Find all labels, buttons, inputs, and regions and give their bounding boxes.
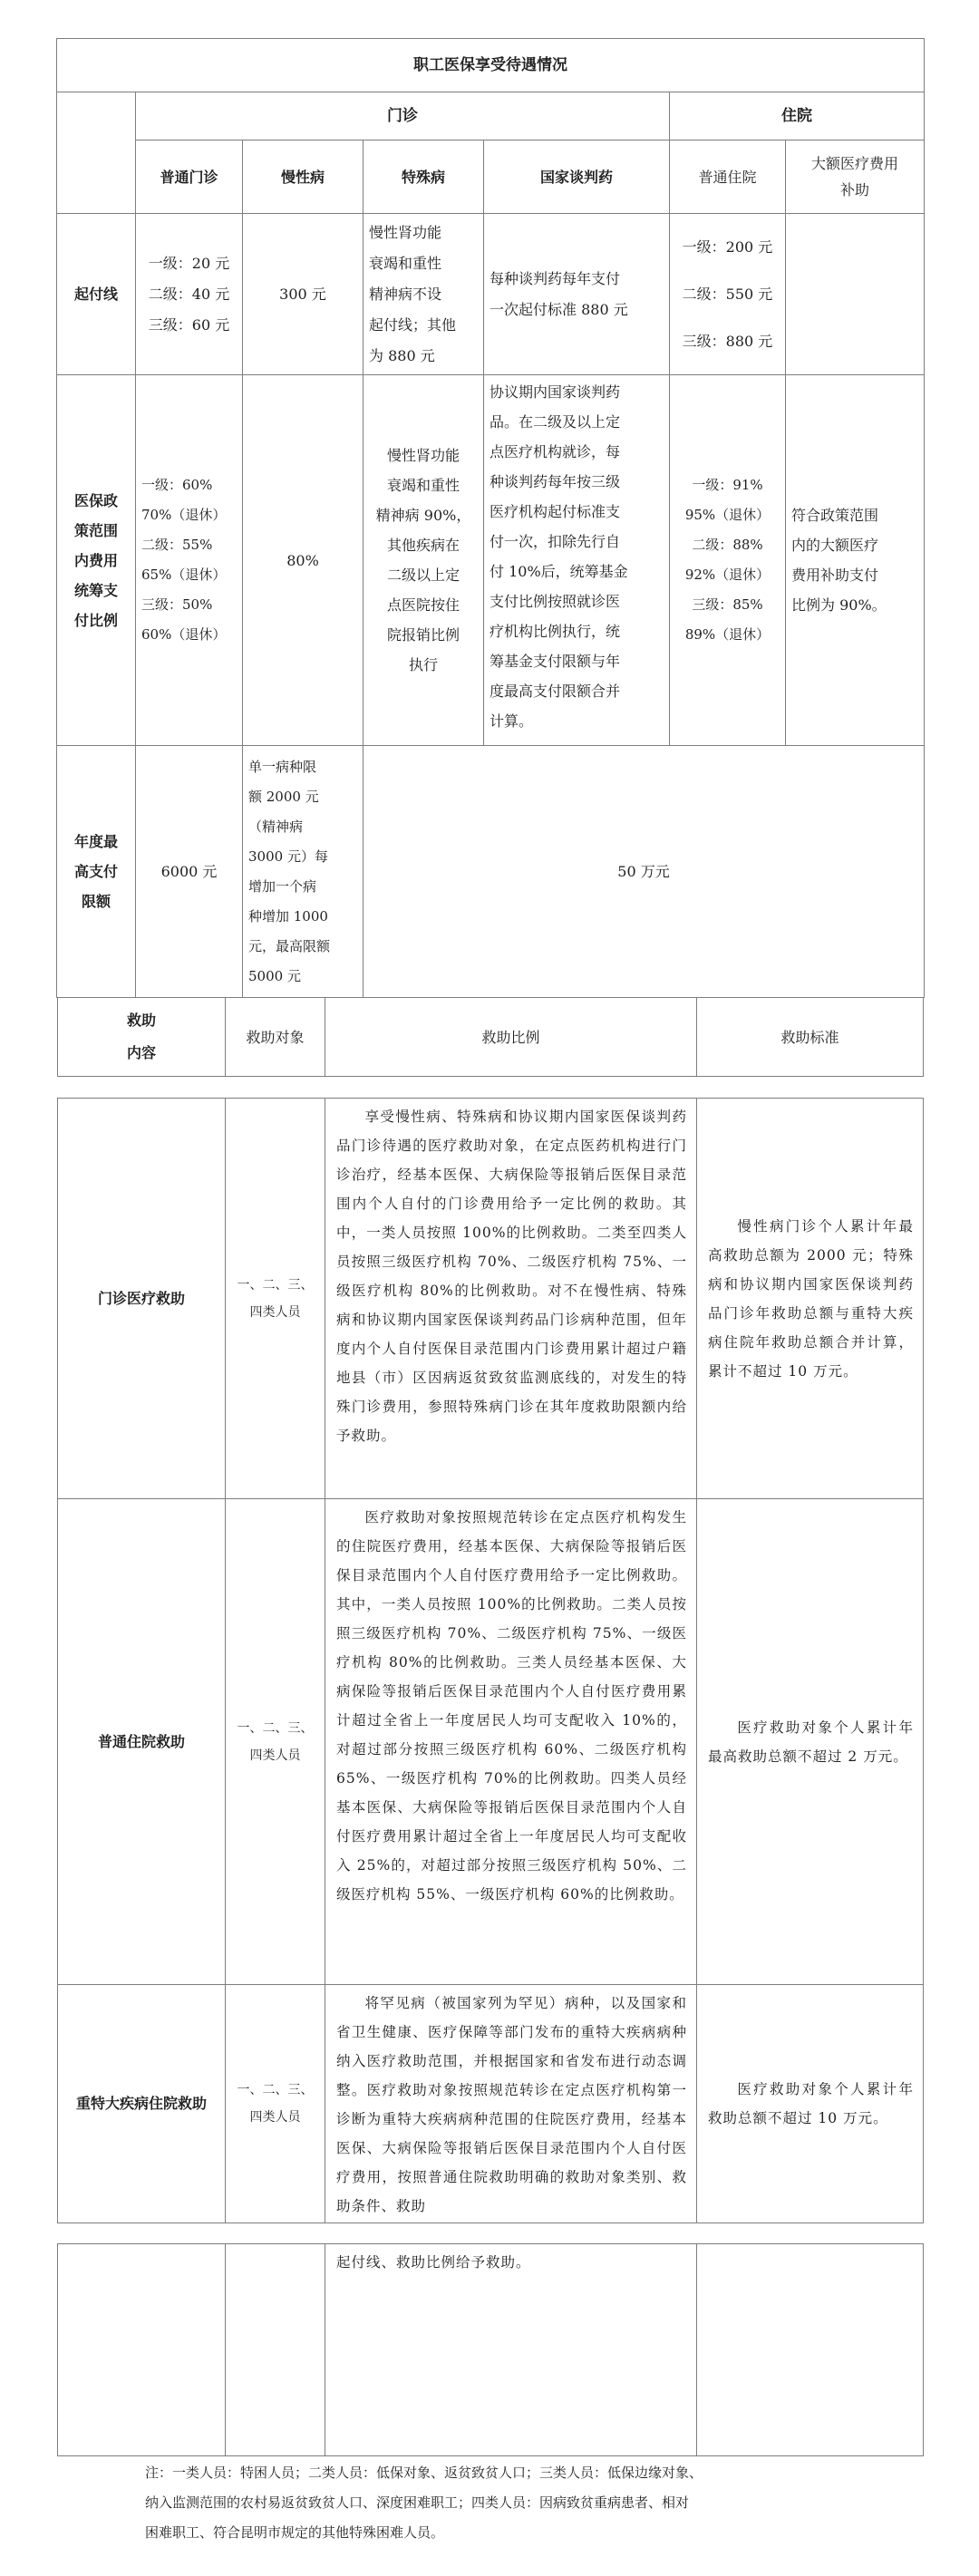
col-header-large-subsidy: 大额医疗费用 补助 (785, 140, 925, 214)
text-line: 院报销比例 (369, 620, 478, 650)
text-line: 单一病种限 (248, 752, 357, 782)
text-line: 三级：50% (141, 590, 237, 620)
text-line: 计算。 (489, 706, 664, 736)
text-line: 增加一个病 (248, 872, 357, 902)
text-line: 一、二、三、 (231, 2077, 319, 2104)
text-line: 符合政策范围 (791, 500, 918, 530)
text-line: 元，最高限额 (248, 932, 357, 962)
text-line: 限额 (63, 886, 130, 916)
assistance-target: 一、二、三、 四类人员 (225, 1098, 325, 1499)
text-line: 二级：40 元 (141, 279, 237, 310)
ratio-text: 医疗救助对象按照规范转诊在定点医疗机构发生的住院医疗费用，经基本医保、大病保险等… (336, 1509, 687, 1903)
text-line: 三级：60 元 (141, 310, 237, 341)
text-line: 付一次，扣除先行自 (489, 527, 664, 557)
text-line: 四类人员 (231, 1299, 319, 1326)
deductible-negotiated-drugs: 每种谈判药每年支付 一次起付标准 880 元 (483, 213, 670, 375)
header-ratio: 救助比例 (325, 997, 697, 1077)
group-header-inpatient: 住院 (669, 92, 925, 140)
assistance-target: 一、二、三、 四类人员 (225, 1984, 325, 2223)
text-line: 筹基金支付限额与年 (489, 646, 664, 676)
deductible-special: 慢性肾功能 衰竭和重性 精神病不设 起付线；其他 为 880 元 (363, 213, 484, 375)
assistance-ratio: 医疗救助对象按照规范转诊在定点医疗机构发生的住院医疗费用，经基本医保、大病保险等… (325, 1498, 697, 1985)
text-line: 四类人员 (231, 1742, 319, 1769)
text-line: 65%（退休） (141, 560, 237, 590)
text-line: 额 2000 元 (248, 782, 357, 812)
text-line: 一级：91% (675, 470, 780, 500)
annual-cap-rest: 50 万元 (363, 745, 925, 998)
text-line: 点医院按住 (369, 590, 478, 620)
text-line: 一级：60% (141, 470, 237, 500)
text-line: 3000 元）每 (248, 842, 357, 872)
deductible-general-outpatient: 一级：20 元 二级：40 元 三级：60 元 (135, 213, 243, 375)
benefits-table: 职工医保享受待遇情况 门诊 住院 普通门诊 慢性病 特殊病 国家谈判药 普通住院… (0, 0, 979, 998)
header-content: 救助 内容 (57, 997, 226, 1077)
col-header-large-subsidy-line2: 补助 (791, 177, 918, 203)
text-line: 策范围 (63, 516, 130, 546)
footnote-line: 纳入监测范围的农村易返贫致贫人口、深度困难职工；四类人员：因病致贫重病患者、相对 (145, 2488, 834, 2518)
text-line: 起付线；其他 (369, 310, 478, 341)
annual-cap-general-outpatient: 6000 元 (135, 745, 243, 998)
text-line: 四类人员 (231, 2104, 319, 2131)
text-line: 为 880 元 (369, 341, 478, 372)
text-line: 点医疗机构就诊，每 (489, 437, 664, 467)
continuation-ratio: 起付线、救助比例给予救助。 (325, 2243, 697, 2456)
group-header-outpatient: 门诊 (135, 92, 670, 140)
table-title: 职工医保享受待遇情况 (56, 38, 925, 92)
continuation-table: 起付线、救助比例给予救助。 (0, 2243, 979, 2457)
col-header-special: 特殊病 (363, 140, 484, 214)
continuation-name (57, 2243, 226, 2456)
standard-text: 慢性病门诊个人累计年最高救助总额为 2000 元；特殊病和协议期内国家医保谈判药… (708, 1218, 914, 1380)
assistance-header-table: 救助 内容 救助对象 救助比例 救助标准 (0, 997, 979, 1079)
text-line: 医疗机构起付标准支 (489, 497, 664, 527)
assistance-name: 普通住院救助 (57, 1498, 226, 1985)
text-line: 衰竭和重性 (369, 248, 478, 279)
assistance-standard: 医疗救助对象个人累计年最高救助总额不超过 2 万元。 (696, 1498, 924, 1985)
ratio-text: 起付线、救助比例给予救助。 (336, 2248, 687, 2277)
text-line: 统筹支 (63, 576, 130, 605)
text-line: （精神病 (248, 812, 357, 842)
text-line: 其他疾病在 (369, 530, 478, 560)
text-line: 精神病 90%， (369, 500, 478, 530)
col-header-general-inpatient: 普通住院 (669, 140, 786, 214)
text-line: 内费用 (63, 546, 130, 576)
header-standard: 救助标准 (696, 997, 924, 1077)
text-line: 每种谈判药每年支付 (489, 264, 664, 295)
text-line: 慢性肾功能 (369, 441, 478, 470)
assistance-standard: 慢性病门诊个人累计年最高救助总额为 2000 元；特殊病和协议期内国家医保谈判药… (696, 1098, 924, 1499)
text-line: 三级：880 元 (675, 318, 780, 365)
text-line: 衰竭和重性 (369, 470, 478, 500)
standard-text: 医疗救助对象个人累计年最高救助总额不超过 2 万元。 (708, 1719, 914, 1765)
text-line: 一、二、三、 (231, 1715, 319, 1742)
deductible-large-subsidy (785, 213, 925, 375)
standard-text: 医疗救助对象个人累计年救助总额不超过 10 万元。 (708, 2081, 914, 2126)
text-line: 费用补助支付 (791, 560, 918, 590)
assistance-name: 重特大疾病住院救助 (57, 1984, 226, 2223)
continuation-standard (696, 2243, 924, 2456)
text-line: 种谈判药每年按三级 (489, 467, 664, 497)
col-header-large-subsidy-line1: 大额医疗费用 (791, 150, 918, 177)
footnote: 注：一类人员：特困人员；二类人员：低保对象、返贫致贫人口；三类人员：低保边缘对象… (145, 2458, 834, 2548)
text-line: 执行 (369, 650, 478, 680)
text-line: 救助 (63, 1004, 219, 1037)
text-line: 内的大额医疗 (791, 530, 918, 560)
text-line: 比例为 90%。 (791, 590, 918, 620)
col-header-chronic: 慢性病 (242, 140, 363, 214)
text-line: 一次起付标准 880 元 (489, 295, 664, 325)
text-line: 高支付 (63, 857, 130, 886)
assistance-name: 门诊医疗救助 (57, 1098, 226, 1499)
text-line: 支付比例按照就诊医 (489, 586, 664, 616)
text-line: 付 10%后，统筹基金 (489, 557, 664, 586)
text-line: 精神病不设 (369, 279, 478, 310)
text-line: 重特大疾病住院救助 (67, 2087, 216, 2120)
text-line: 年度最 (63, 827, 130, 857)
ratio-text: 享受慢性病、特殊病和协议期内国家医保谈判药品门诊待遇的医疗救助对象，在定点医药机… (336, 1109, 687, 1444)
assistance-ratio: 将罕见病（被国家列为罕见）病种，以及国家和省卫生健康、医疗保障等部门发布的重特大… (325, 1984, 697, 2223)
text-line: 89%（退休） (675, 620, 780, 650)
text-line: 二级以上定 (369, 560, 478, 590)
text-line: 慢性肾功能 (369, 218, 478, 248)
text-line: 一级：200 元 (675, 224, 780, 271)
text-line: 一级：20 元 (141, 248, 237, 279)
header-target: 救助对象 (225, 997, 325, 1077)
text-line: 92%（退休） (675, 560, 780, 590)
reimbursement-chronic: 80% (242, 374, 363, 746)
text-line: 70%（退休） (141, 500, 237, 530)
text-line: 60%（退休） (141, 620, 237, 650)
assistance-table: 门诊医疗救助 一、二、三、 四类人员 享受慢性病、特殊病和协议期内国家医保谈判药… (0, 1098, 979, 2223)
row-label-reimbursement: 医保政 策范围 内费用 统筹支 付比例 (56, 374, 136, 746)
footnote-line: 困难职工、符合昆明市规定的其他特殊困难人员。 (145, 2518, 834, 2548)
row-label-deductible: 起付线 (56, 213, 136, 375)
text-line: 5000 元 (248, 962, 357, 992)
deductible-chronic: 300 元 (242, 213, 363, 375)
deductible-general-inpatient: 一级：200 元 二级：550 元 三级：880 元 (669, 213, 786, 375)
ratio-text: 将罕见病（被国家列为罕见）病种，以及国家和省卫生健康、医疗保障等部门发布的重特大… (336, 1995, 687, 2214)
reimbursement-negotiated-drugs: 协议期内国家谈判药 品。在二级及以上定 点医疗机构就诊，每 种谈判药每年按三级 … (483, 374, 670, 746)
text-line: 种增加 1000 (248, 902, 357, 932)
text-line: 疗机构比例执行，统 (489, 616, 664, 646)
text-line: 一、二、三、 (231, 1272, 319, 1299)
reimbursement-general-inpatient: 一级：91% 95%（退休） 二级：88% 92%（退休） 三级：85% 89%… (669, 374, 786, 746)
text-line: 三级：85% (675, 590, 780, 620)
assistance-standard: 医疗救助对象个人累计年救助总额不超过 10 万元。 (696, 1984, 924, 2223)
row-label-annual-cap: 年度最 高支付 限额 (56, 745, 136, 998)
col-header-general-outpatient: 普通门诊 (135, 140, 243, 214)
text-line: 95%（退休） (675, 500, 780, 530)
text-line: 二级：88% (675, 530, 780, 560)
text-line: 二级：55% (141, 530, 237, 560)
reimbursement-large-subsidy: 符合政策范围 内的大额医疗 费用补助支付 比例为 90%。 (785, 374, 925, 746)
col-header-negotiated-drugs: 国家谈判药 (483, 140, 670, 214)
reimbursement-special: 慢性肾功能 衰竭和重性 精神病 90%， 其他疾病在 二级以上定 点医院按住 院… (363, 374, 484, 746)
footnote-line: 注：一类人员：特困人员；二类人员：低保对象、返贫致贫人口；三类人员：低保边缘对象… (145, 2458, 834, 2488)
text-line: 内容 (63, 1037, 219, 1070)
text-line: 二级：550 元 (675, 271, 780, 318)
continuation-target (225, 2243, 325, 2456)
text-line: 协议期内国家谈判药 (489, 377, 664, 407)
annual-cap-chronic: 单一病种限 额 2000 元 （精神病 3000 元）每 增加一个病 种增加 1… (242, 745, 363, 998)
row-label-header-blank (56, 92, 136, 214)
text-line: 付比例 (63, 605, 130, 635)
assistance-target: 一、二、三、 四类人员 (225, 1498, 325, 1985)
text-line: 度最高支付限额合并 (489, 676, 664, 706)
text-line: 品。在二级及以上定 (489, 407, 664, 437)
reimbursement-general-outpatient: 一级：60% 70%（退休） 二级：55% 65%（退休） 三级：50% 60%… (135, 374, 243, 746)
text-line: 医保政 (63, 486, 130, 516)
assistance-ratio: 享受慢性病、特殊病和协议期内国家医保谈判药品门诊待遇的医疗救助对象，在定点医药机… (325, 1098, 697, 1499)
